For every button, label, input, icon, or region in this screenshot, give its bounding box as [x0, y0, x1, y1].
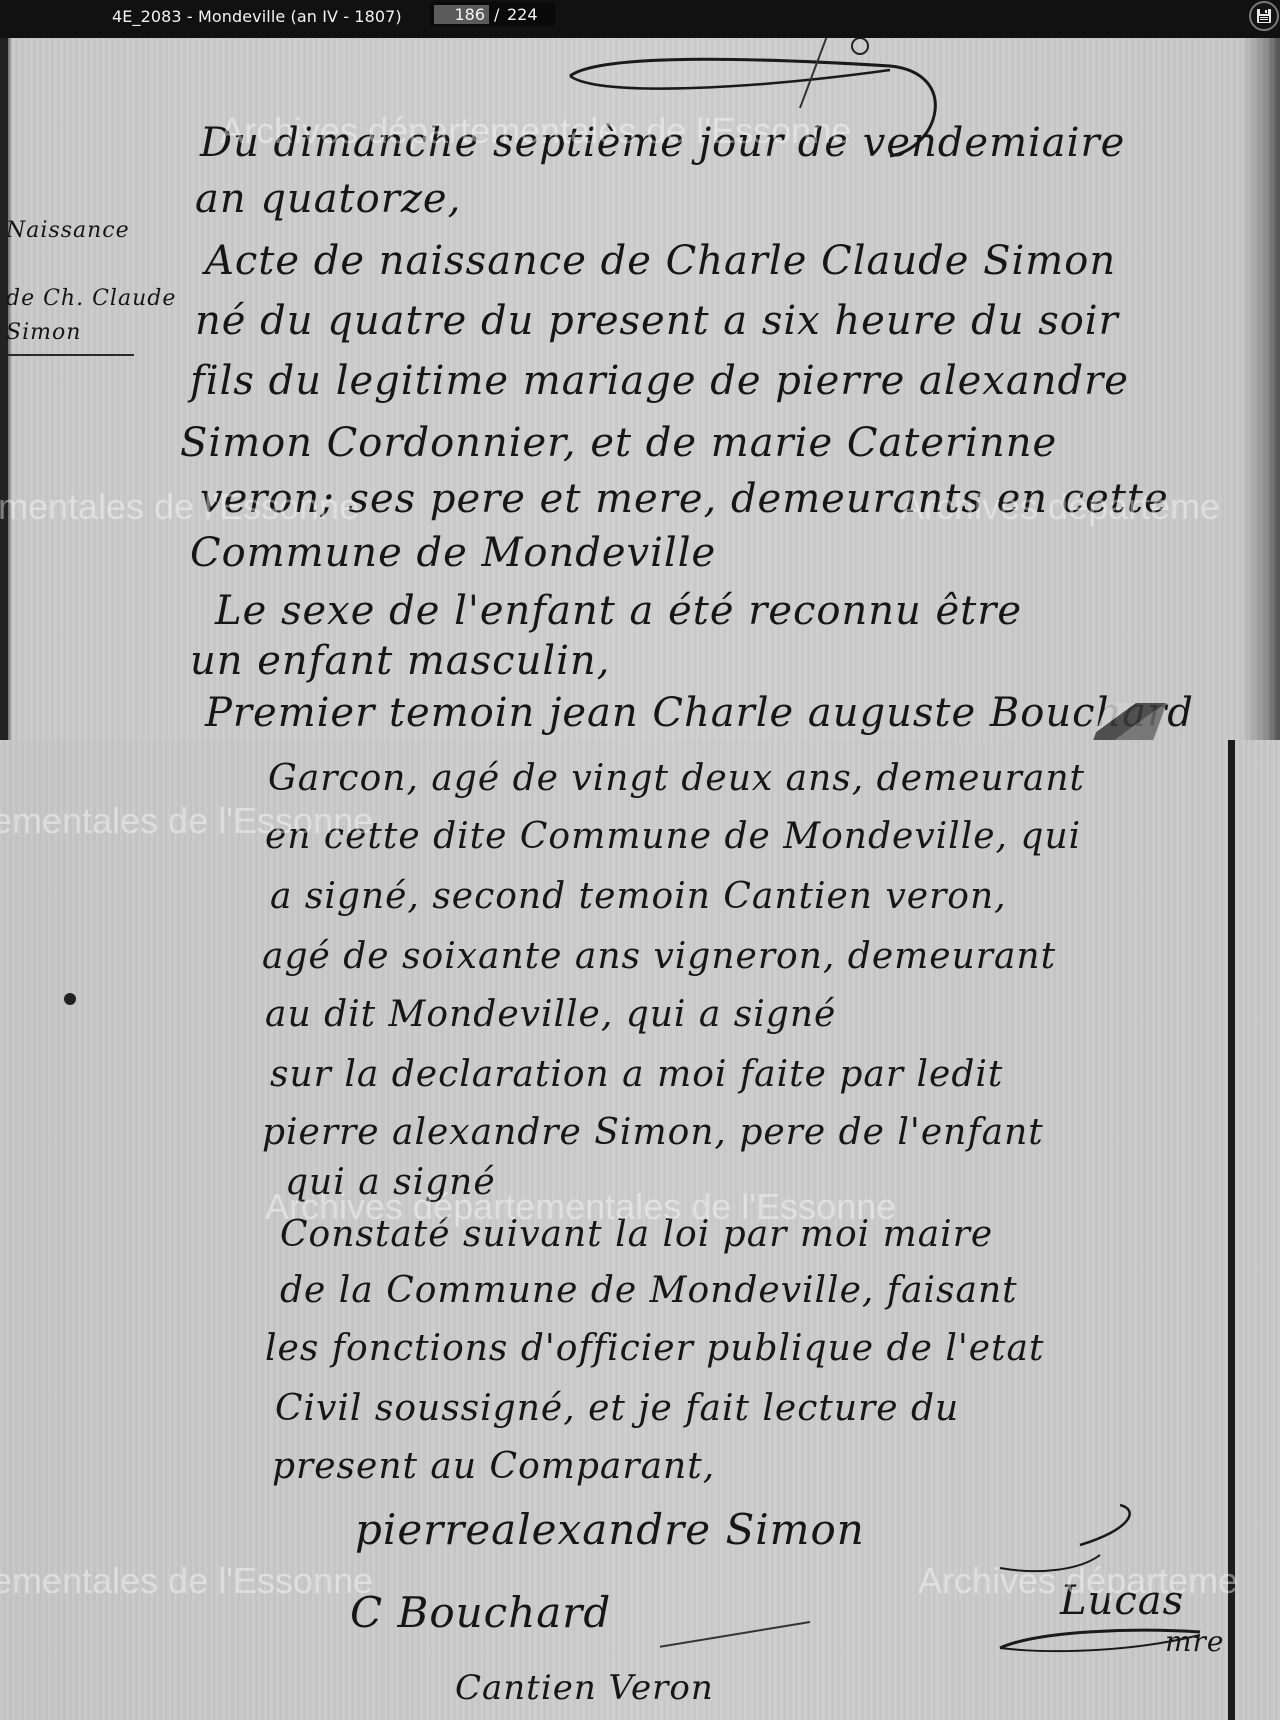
- page-navigator: 186 / 224: [430, 2, 555, 26]
- text-line: agé de soixante ans vigneron, demeurant: [262, 936, 1056, 977]
- margin-note-line: de Ch. Claude: [6, 286, 176, 311]
- text-line: Acte de naissance de Charle Claude Simon: [205, 238, 1116, 284]
- watermark: Archives départeme: [918, 1560, 1238, 1602]
- text-line: Le sexe de l'enfant a été reconnu être: [215, 588, 1022, 634]
- margin-note-line: Simon: [6, 320, 81, 345]
- watermark: Archives départementales de l'Essonne: [220, 110, 851, 152]
- text-line: pierre alexandre Simon, pere de l'enfant: [262, 1112, 1044, 1153]
- text-line: né du quatre du present a six heure du s…: [195, 298, 1119, 344]
- text-line: sur la declaration a moi faite par ledit: [270, 1054, 1003, 1095]
- text-line: Garcon, agé de vingt deux ans, demeurant: [268, 758, 1085, 799]
- scan-image-lower[interactable]: Garcon, agé de vingt deux ans, demeurant…: [0, 740, 1280, 1720]
- watermark: mentales de l'Essonne: [0, 486, 359, 528]
- text-line: les fonctions d'officier publique de l'e…: [265, 1328, 1044, 1369]
- scan-image-upper[interactable]: Naissance de Ch. Claude Simon Du dimanch…: [0, 38, 1280, 740]
- current-page-input[interactable]: 186: [434, 5, 489, 24]
- signature-witness-bouchard: C Bouchard: [350, 1588, 611, 1637]
- watermark: ementales de l'Essonne: [0, 1560, 373, 1602]
- text-line: fils du legitime mariage de pierre alexa…: [190, 358, 1129, 404]
- text-line: a signé, second temoin Cantien veron,: [270, 876, 1007, 917]
- total-pages: 224: [507, 5, 538, 24]
- text-line: un enfant masculin,: [190, 638, 610, 684]
- ink-blot: [64, 993, 76, 1005]
- watermark: ementales de l'Essonne: [0, 800, 373, 842]
- document-title: 4E_2083 - Mondeville (an IV - 1807): [112, 7, 402, 26]
- watermark: Archives départementales de l'Essonne: [265, 1186, 896, 1228]
- text-line: Premier temoin jean Charle auguste Bouch…: [205, 690, 1194, 736]
- floppy-disk-icon: [1256, 8, 1272, 24]
- text-line: Commune de Mondeville: [190, 530, 716, 576]
- watermark: Archives départeme: [900, 486, 1220, 528]
- text-line: de la Commune de Mondeville, faisant: [280, 1270, 1018, 1311]
- viewer-toolbar: 4E_2083 - Mondeville (an IV - 1807) 186 …: [0, 0, 1280, 38]
- page-separator: /: [494, 5, 499, 24]
- text-line: present au Comparant,: [272, 1446, 715, 1487]
- text-line: an quatorze,: [195, 176, 461, 222]
- save-button[interactable]: [1249, 1, 1279, 31]
- margin-rule: [6, 354, 134, 356]
- page-edge: [0, 38, 8, 740]
- text-line: en cette dite Commune de Mondeville, qui: [265, 816, 1081, 857]
- text-line: au dit Mondeville, qui a signé: [265, 994, 836, 1035]
- signature-witness-veron: Cantien Veron: [455, 1668, 714, 1708]
- text-line: Simon Cordonnier, et de marie Caterinne: [180, 420, 1057, 466]
- margin-note-line: Naissance: [6, 218, 130, 243]
- text-line: Civil soussigné, et je fait lecture du: [275, 1388, 959, 1429]
